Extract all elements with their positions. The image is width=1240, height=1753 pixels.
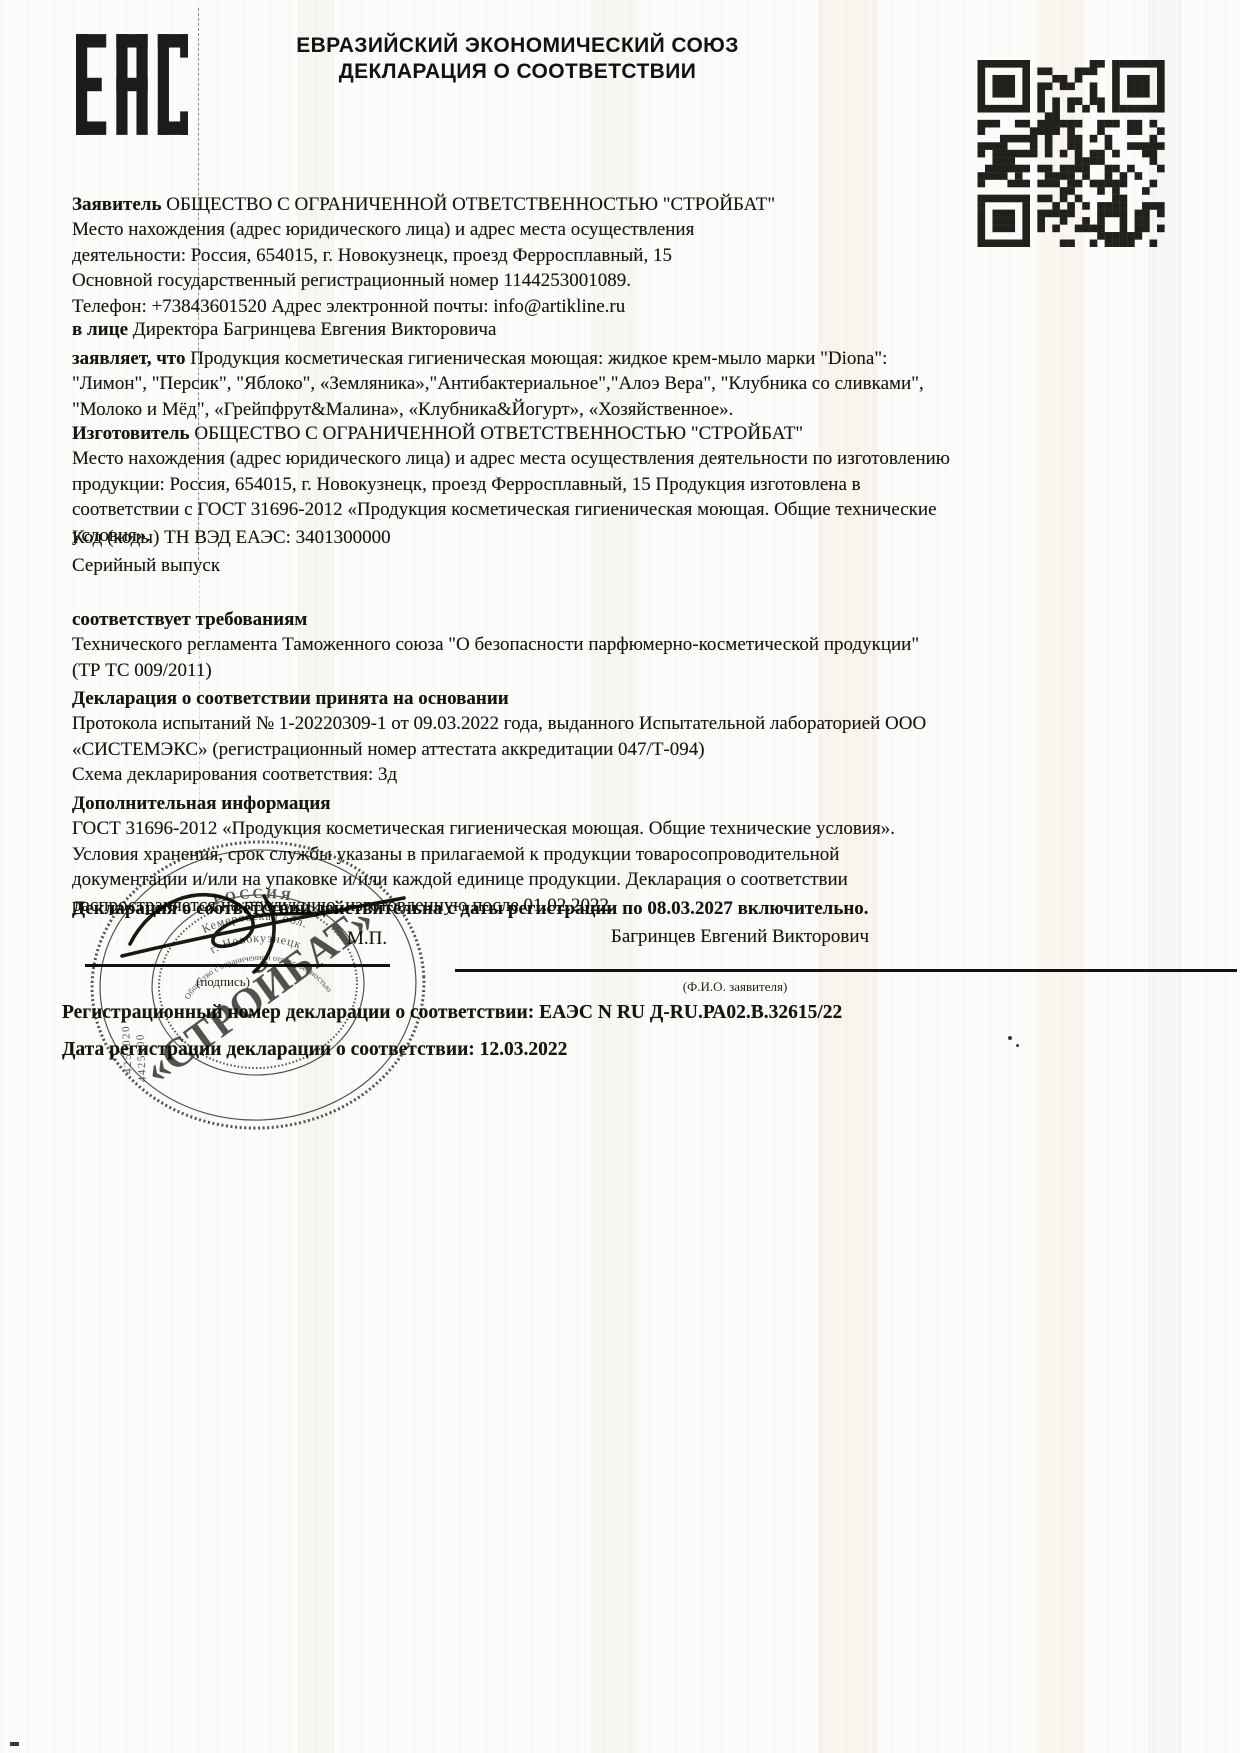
stamp-digits-1: 4253020: [120, 1025, 135, 1075]
document-header: ЕВРАЗИЙСКИЙ ЭКОНОМИЧЕСКИЙ СОЮЗ ДЕКЛАРАЦИ…: [230, 33, 805, 85]
manufacturer-label: Изготовитель: [72, 423, 190, 444]
scan-speck: [10, 1742, 19, 1746]
complies-label: соответствует требованиям: [72, 609, 307, 630]
scanned-declaration-page: ЕВРАЗИЙСКИЙ ЭКОНОМИЧЕСКИЙ СОЮЗ ДЕКЛАРАЦИ…: [0, 0, 1240, 1753]
declares-label: заявляет, что: [72, 348, 186, 369]
header-line-union: ЕВРАЗИЙСКИЙ ЭКОНОМИЧЕСКИЙ СОЮЗ: [230, 33, 805, 59]
signature-icon: [116, 866, 416, 990]
applicant-label: Заявитель: [72, 194, 162, 215]
serial-line: Серийный выпуск: [72, 553, 1192, 579]
fio-caption: (Ф.И.О. заявителя): [455, 979, 1015, 995]
scan-speck: [1008, 1036, 1012, 1040]
eac-logo-icon: [76, 34, 188, 135]
basis-label: Декларация о соответствии принята на осн…: [72, 688, 509, 709]
scan-speck: [1016, 1044, 1019, 1047]
tnved-line: Код (коды) ТН ВЭД ЕАЭС: 3401300000: [72, 525, 1192, 551]
applicant-fio: Багринцев Евгений Викторович: [455, 926, 1025, 948]
fio-line: [455, 969, 1237, 972]
header-line-declaration: ДЕКЛАРАЦИЯ О СООТВЕТСТВИИ: [230, 59, 805, 85]
additional-info-label: Дополнительная информация: [72, 793, 331, 814]
